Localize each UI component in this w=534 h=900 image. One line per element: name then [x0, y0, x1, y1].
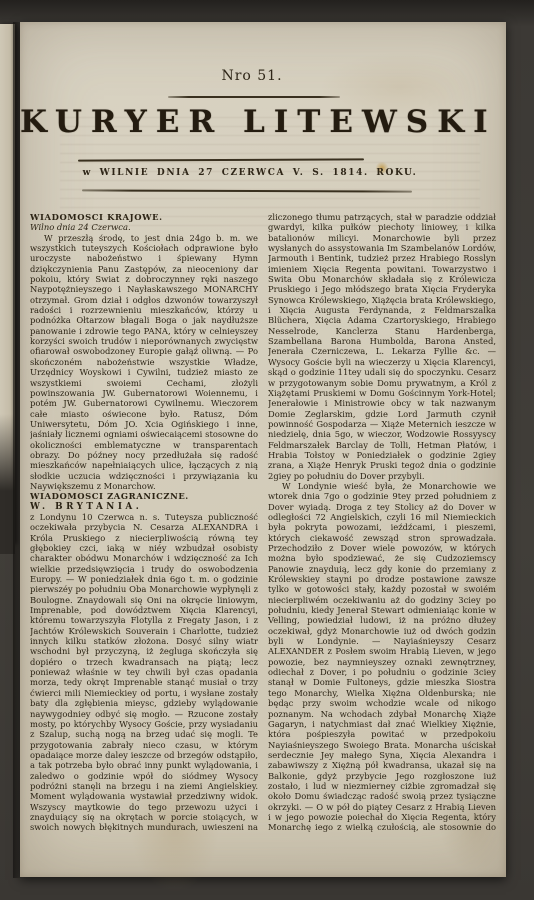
section-subheading-wilno-date: Wilno dnia 24 Czerwca.: [30, 222, 258, 232]
section-subheading-britain: W. BRYTANIA.: [30, 502, 258, 512]
section-heading-foreign-news: WIADOMOSCI ZAGRANICZNE.: [30, 491, 258, 501]
masthead-rule-top: [168, 96, 340, 98]
article-paragraph: zliczonego tłumu patrzących, stał w para…: [268, 212, 496, 481]
masthead-rule-middle: [78, 158, 364, 161]
left-column: WIADOMOSCI KRAJOWE. Wilno dnia 24 Czerwc…: [30, 212, 258, 834]
article-paragraph: z Londynu 10 Czerwca n. s. Tuteysza publ…: [30, 512, 258, 834]
article-paragraph: W przeszłą środę, to jest dnia 24go b. m…: [30, 233, 258, 492]
article-columns: WIADOMOSCI KRAJOWE. Wilno dnia 24 Czerwc…: [30, 212, 496, 834]
newspaper-title: KURYER LITEWSKI: [20, 104, 490, 140]
issue-number: Nro 51.: [20, 68, 484, 84]
right-column: zliczonego tłumu patrzących, stał w para…: [268, 212, 496, 834]
dateline: w WILNIE DNIA 27 CZERWCA V. S. 1814. ROK…: [20, 168, 480, 178]
article-paragraph: W Londynie wieść była, że Monarchowie we…: [268, 481, 496, 834]
section-heading-domestic-news: WIADOMOSCI KRAJOWE.: [30, 212, 258, 222]
masthead-rule-bottom: [82, 189, 412, 192]
newspaper-page: Nro 51. KURYER LITEWSKI w WILNIE DNIA 27…: [20, 22, 506, 877]
